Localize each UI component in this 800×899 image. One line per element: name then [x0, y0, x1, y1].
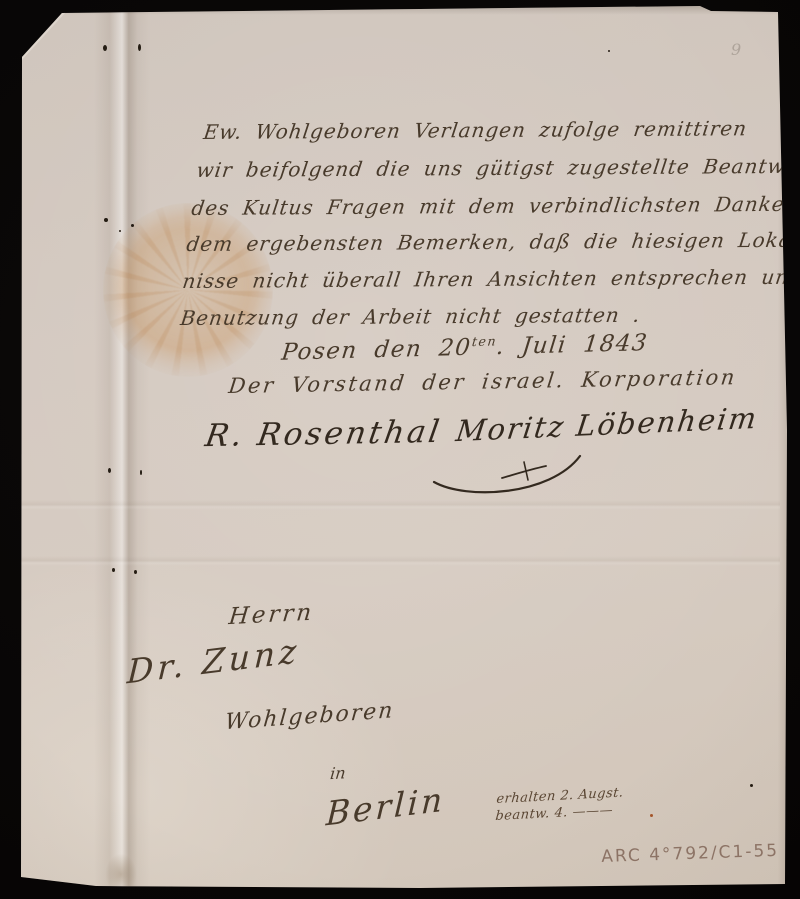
ink-speck — [608, 50, 610, 52]
ink-speck — [750, 784, 753, 787]
dateline-suffix: . Juli 1843 — [495, 330, 650, 360]
letter-body-line: nisse nicht überall Ihren Ansichten ents… — [181, 266, 800, 291]
address-salutation: Herrn — [228, 602, 316, 630]
horizontal-crease — [20, 500, 780, 510]
ink-speck — [650, 814, 653, 817]
ink-speck — [138, 44, 141, 51]
ink-speck — [131, 224, 134, 227]
sender-title: Der Vorstand der israel. Korporation — [227, 367, 738, 397]
ink-speck — [104, 218, 108, 222]
ink-speck — [108, 468, 111, 473]
scan-background: 9 Ew. Wohlgeboren Verlangen zufolge remi… — [0, 0, 800, 899]
ink-speck — [140, 470, 142, 475]
letter-body-line: dem ergebensten Bemerken, daß die hiesig… — [185, 229, 800, 254]
top-edge-shadow — [0, 4, 800, 16]
dateline: Posen den 20ten. Juli 1843 — [280, 331, 649, 364]
folded-corner — [20, 12, 66, 62]
letter-body-line: des Kultus Fragen mit dem verbindlichste… — [190, 193, 800, 218]
ink-speck — [119, 230, 121, 232]
address-recipient: Dr. Zunz — [126, 634, 301, 689]
letter-body-line: Benutzung der Arbeit nicht gestatten . — [179, 305, 642, 328]
dateline-superscript: ten — [471, 333, 498, 349]
letter-body-line: Ew. Wohlgeboren Verlangen zufolge remitt… — [202, 118, 748, 142]
archive-reference: ARC 4°792/C1-55 — [601, 841, 779, 867]
address-honorific: Wohlgeboren — [224, 700, 395, 734]
right-edge-shadow — [776, 0, 792, 899]
ink-speck — [103, 45, 107, 51]
horizontal-crease — [20, 556, 780, 566]
signature-flourish — [428, 450, 588, 500]
signature-rosenthal: R. Rosenthal — [203, 417, 444, 452]
letter-page: 9 Ew. Wohlgeboren Verlangen zufolge remi… — [0, 0, 800, 899]
ink-speck — [134, 570, 137, 574]
signature-loebenheim: Moritz Löbenheim — [454, 404, 760, 446]
vertical-fold-crease — [94, 0, 150, 899]
address-preposition: in — [329, 765, 346, 782]
fold-bottom-smudge — [100, 842, 142, 888]
letter-body-line: wir beifolgend die uns gütigst zugestell… — [195, 155, 800, 180]
ink-speck — [112, 568, 115, 572]
dateline-prefix: Posen den 20 — [280, 335, 473, 366]
faint-corner-mark: 9 — [731, 42, 741, 58]
receipt-note-line2: beantw. 4. ——— — [495, 804, 614, 823]
address-city: Berlin — [325, 782, 446, 830]
